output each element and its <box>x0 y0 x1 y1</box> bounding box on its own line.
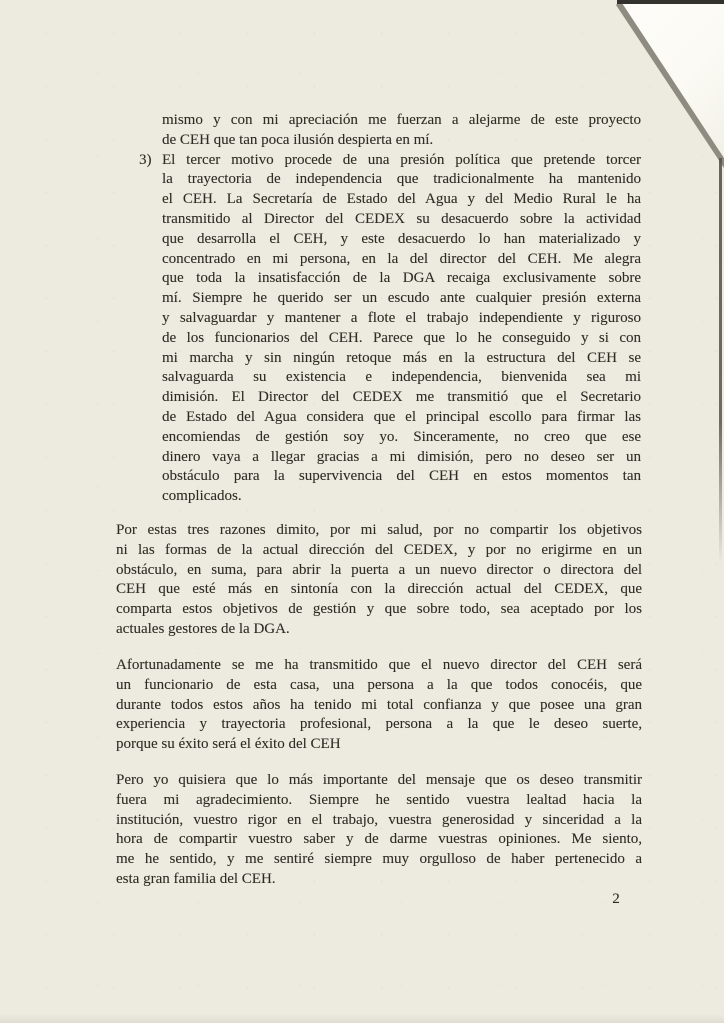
text-line: que desarrolla el CEH, y este desacuerdo… <box>162 230 641 250</box>
text-line: y salvaguardar y mantener a flote el tra… <box>162 309 641 329</box>
text-line: esta gran familia del CEH. <box>116 870 642 890</box>
text-line: de CEH que tan poca ilusión despierta en… <box>162 131 641 151</box>
text-line: experiencia y trayectoria profesional, p… <box>116 715 642 735</box>
scanned-letter-page: mismo y con mi apreciación me fuerzan a … <box>0 0 724 1023</box>
text-line: de los funcionarios del CEH. Parece que … <box>162 329 641 349</box>
text-line: durante todos estos años ha tenido mi to… <box>116 696 642 716</box>
list-item-3: 3) El tercer motivo procede de una presi… <box>162 151 641 507</box>
scan-bottom-band <box>0 1014 724 1023</box>
paragraph-gratitude: Pero yo quisiera que lo más importante d… <box>116 771 642 890</box>
text-line: Afortunadamente se me ha transmitido que… <box>116 656 642 676</box>
list-continuation-block: mismo y con mi apreciación me fuerzan a … <box>162 111 641 507</box>
text-line: dimisión. El Director del CEDEX me trans… <box>162 388 641 408</box>
text-line: complicados. <box>162 487 641 507</box>
text-line: el CEH. La Secretaría de Estado del Agua… <box>162 190 641 210</box>
scan-top-edge <box>617 0 724 4</box>
text-line: obstáculo, en suma, para abrir la puerta… <box>116 561 642 581</box>
text-line: CEH que esté más en sintonía con la dire… <box>116 580 642 600</box>
text-line: mi marcha y sin ningún retoque más en la… <box>162 349 641 369</box>
text-line: un funcionario de esta casa, una persona… <box>116 676 642 696</box>
text-line: transmitido al Director del CEDEX su des… <box>162 210 641 230</box>
scan-right-edge <box>719 158 722 564</box>
text-line: obstáculo para la supervivencia del CEH … <box>162 467 641 487</box>
text-line: encomiendas de gestión soy yo. Sincerame… <box>162 428 641 448</box>
text-line: Pero yo quisiera que lo más importante d… <box>116 771 642 791</box>
text-line: salvaguarda su existencia e independenci… <box>162 368 641 388</box>
text-line: porque su éxito será el éxito del CEH <box>116 735 642 755</box>
paragraph-new-director: Afortunadamente se me ha transmitido que… <box>116 656 642 755</box>
text-line: El tercer motivo procede de una presión … <box>162 151 641 171</box>
text-line: que toda la insatisfacción de la DGA rec… <box>162 269 641 289</box>
text-line: de Estado del Agua considera que el prin… <box>162 408 641 428</box>
text-line: me he sentido, y me sentiré siempre muy … <box>116 850 642 870</box>
text-line: actuales gestores de la DGA. <box>116 620 642 640</box>
text-line: Por estas tres razones dimito, por mi sa… <box>116 521 642 541</box>
text-line: fuera mi agradecimiento. Siempre he sent… <box>116 791 642 811</box>
text-line: hora de compartir vuestro saber y de dar… <box>116 830 642 850</box>
text-line: la trayectoria de independencia que trad… <box>162 170 641 190</box>
list-item-marker: 3) <box>139 151 152 171</box>
text-line: ni las formas de la actual dirección del… <box>116 541 642 561</box>
text-line: institución, vuestro rigor en el trabajo… <box>116 811 642 831</box>
paragraph-resignation-reasons: Por estas tres razones dimito, por mi sa… <box>116 521 642 640</box>
text-line: mismo y con mi apreciación me fuerzan a … <box>162 111 641 131</box>
text-line: concentrado en mi persona, en la del dir… <box>162 250 641 270</box>
text-line: comparta estos objetivos de gestión y qu… <box>116 600 642 620</box>
text-line: mí. Siempre he querido ser un escudo ant… <box>162 289 641 309</box>
text-line: dinero vaya a llegar gracias a mi dimisi… <box>162 448 641 468</box>
page-number: 2 <box>605 890 627 910</box>
